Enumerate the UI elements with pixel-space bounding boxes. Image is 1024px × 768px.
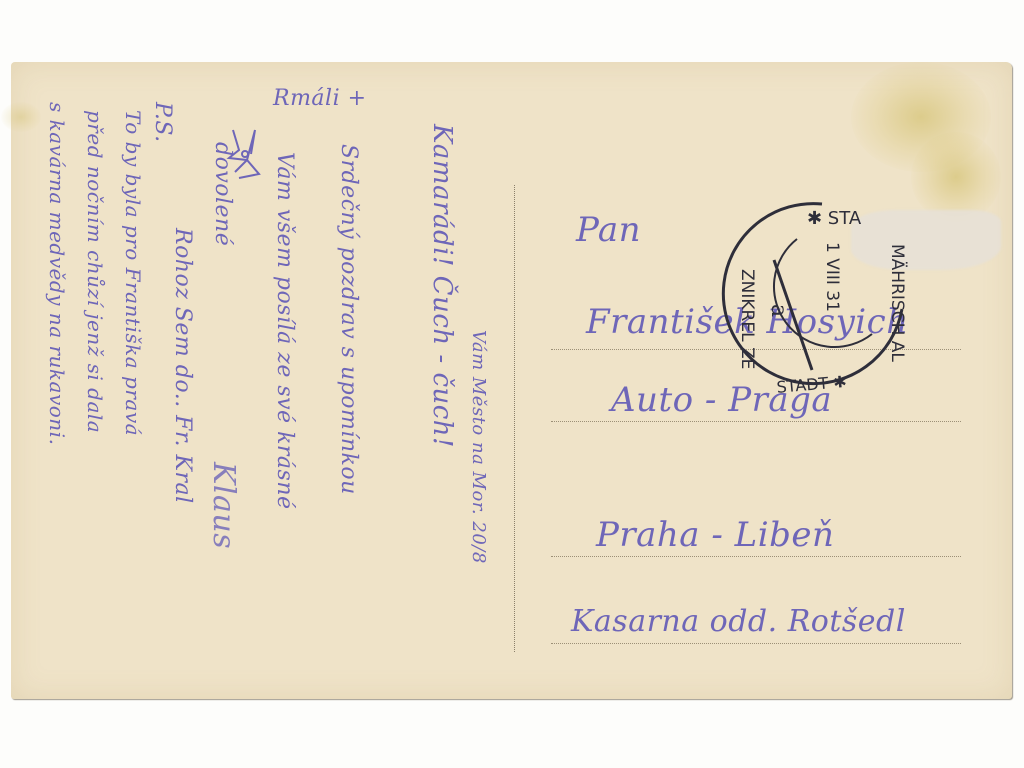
postmark-ring-top: ✱ STA (807, 208, 862, 229)
message-line: Kamarádi! Čuch - čuch! (427, 124, 457, 448)
postmark-ring-right: ZNIKREL ZE (737, 269, 757, 369)
message-line: s kavárna medvědy na rukavoni. (45, 102, 69, 445)
message-line: To by byla pro Františka pravá (121, 110, 145, 436)
message-line: před nočním chůzí jenž si dala (83, 110, 107, 433)
address-rule (551, 421, 961, 422)
postmark: MÄHRISCH AL ZNIKREL ZE ✱ STA STADT ✱ 1 V… (712, 184, 932, 404)
postmark-letter: a (766, 304, 791, 317)
address-city: Praha - Libeň (596, 515, 834, 555)
message-line: dovolené (210, 142, 235, 246)
address-rule (551, 556, 961, 557)
postmark-date: 1 VIII 31 (822, 242, 842, 312)
message-line: Vám všem posílá ze své krásné (272, 152, 297, 510)
postcard: Pan František Hosyich Auto - Praga Praha… (11, 62, 1012, 699)
age-stain (1, 102, 41, 132)
postmark-ring-left: MÄHRISCH AL (887, 244, 908, 362)
card-divider-line (514, 185, 515, 652)
address-salutation: Pan (576, 210, 641, 250)
header-note: Rmáli + (273, 86, 367, 111)
address-line-4: Kasarna odd. Rotšedl (571, 604, 906, 639)
postmark-ring-bottom: STADT ✱ (776, 372, 848, 397)
message-dateline: Vám Město na Mor. 20/8 (468, 330, 489, 564)
message-signature: Klaus (206, 462, 241, 549)
message-line: P.S. (150, 102, 175, 143)
message-line: Srdečný pozdrav s upomínkou (336, 144, 361, 495)
address-rule (551, 643, 961, 644)
message-line: Rohoz Sem do.. Fr. Kral (170, 228, 195, 504)
